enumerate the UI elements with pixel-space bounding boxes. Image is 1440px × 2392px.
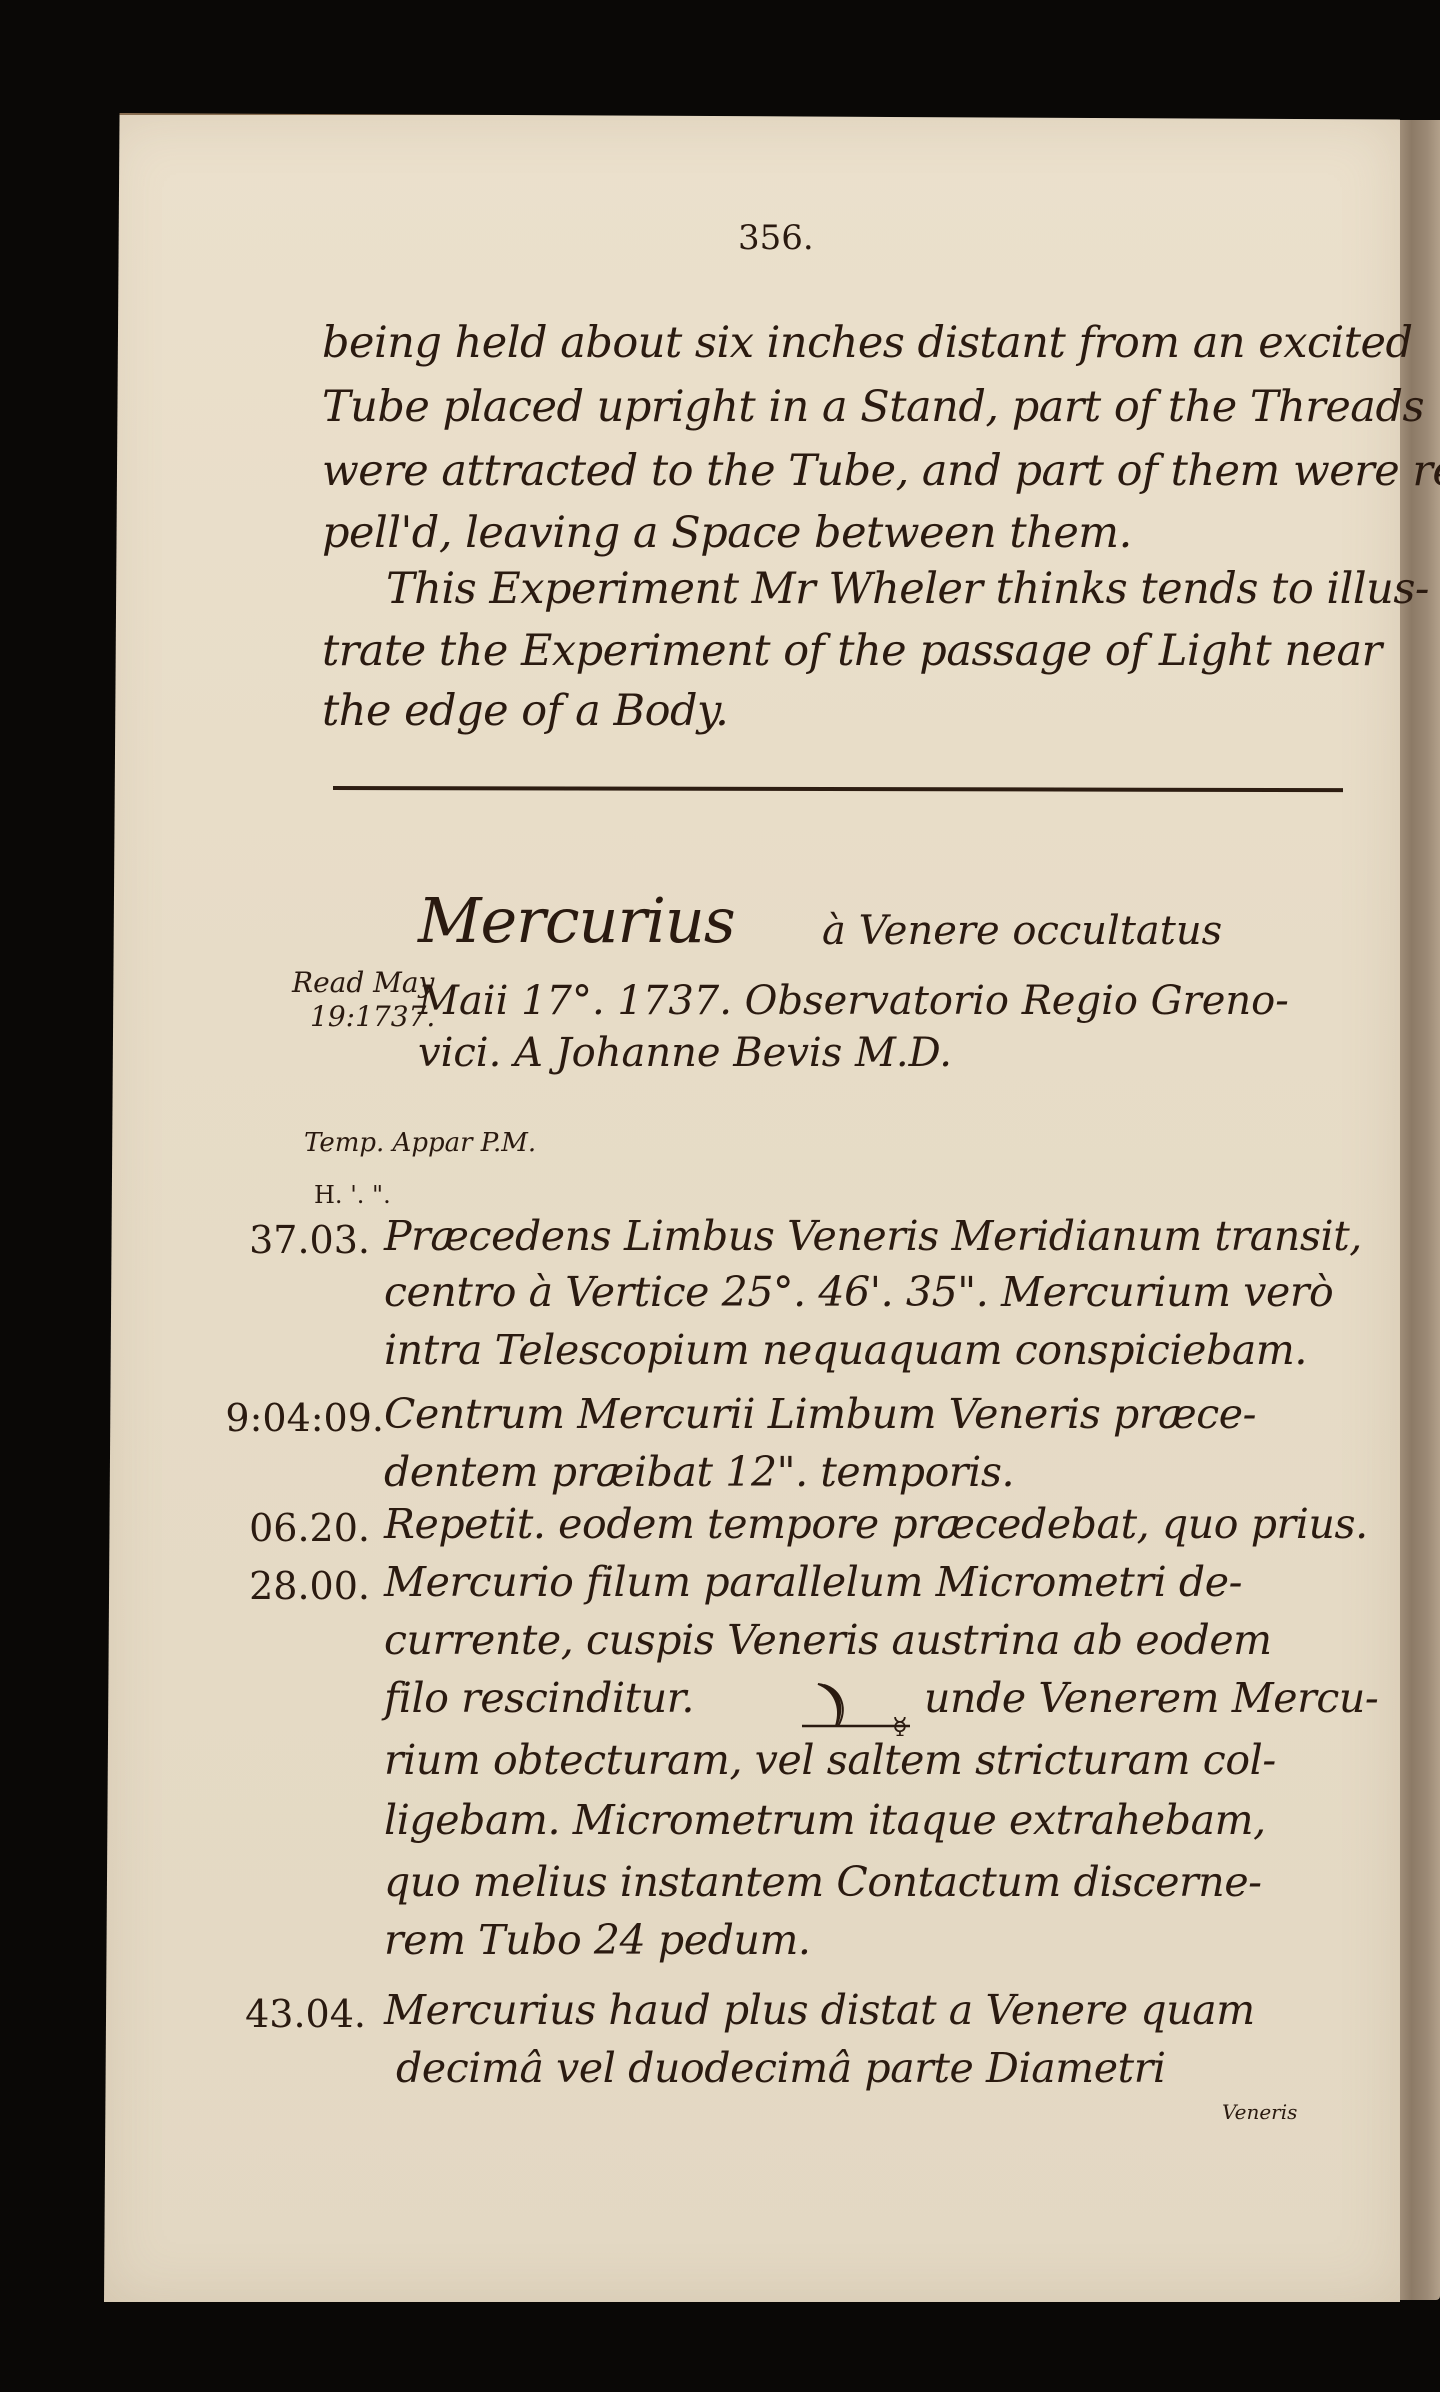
article-title-word: Mercurius xyxy=(418,884,735,957)
photograph-background: 356. being held about six inches distant… xyxy=(0,0,1440,2392)
margin-note-read-date: 19:1737. xyxy=(310,1002,435,1032)
paragraph-line: the edge of a Body. xyxy=(322,686,728,736)
entry-line: Mercurius haud plus distat a Venere quam xyxy=(384,1986,1255,2034)
entry-line: quo melius instantem Contactum discerne- xyxy=(384,1858,1262,1906)
entry-time: 43.04. xyxy=(206,1992,366,2036)
entry-time: 06.20. xyxy=(210,1506,370,1550)
paragraph-line: being held about six inches distant from… xyxy=(322,318,1413,368)
article-title-line: vici. A Johanne Bevis M.D. xyxy=(418,1030,952,1076)
entry-time: 37.03. xyxy=(210,1218,370,1262)
manuscript-page xyxy=(104,113,1400,2302)
margin-note-read-date: Read May xyxy=(292,968,434,998)
entry-line: rem Tubo 24 pedum. xyxy=(384,1916,811,1964)
entry-line: rium obtecturam, vel saltem stricturam c… xyxy=(384,1736,1276,1784)
entry-line: Præcedens Limbus Veneris Meridianum tran… xyxy=(384,1212,1362,1260)
article-title-line: à Venere occultatus xyxy=(822,908,1222,954)
paragraph-line: This Experiment Mr Wheler thinks tends t… xyxy=(386,564,1429,614)
entry-line: Repetit. eodem tempore præcedebat, quo p… xyxy=(384,1500,1368,1548)
paragraph-line: were attracted to the Tube, and part of … xyxy=(322,446,1440,496)
entry-time: 9:04:09. xyxy=(214,1396,384,1440)
time-column-units: H. '. ". xyxy=(314,1180,391,1210)
entry-line: Centrum Mercurii Limbum Veneris præce- xyxy=(384,1390,1256,1438)
entry-line: centro à Vertice 25°. 46'. 35". Mercuriu… xyxy=(384,1268,1333,1316)
paragraph-line: trate the Experiment of the passage of L… xyxy=(322,626,1382,676)
paragraph-line: pell'd, leaving a Space between them. xyxy=(322,508,1132,558)
entry-line: ligebam. Micrometrum itaque extrahebam, xyxy=(384,1796,1266,1844)
time-column-header: Temp. Appar P.M. xyxy=(304,1128,536,1158)
entry-line: filo rescinditur. xyxy=(384,1674,694,1722)
entry-line: decimâ vel duodecimâ parte Diametri xyxy=(396,2044,1166,2092)
entry-line: unde Venerem Mercu- xyxy=(924,1674,1378,1722)
crescent-venus-mercury-diagram-icon: ☿ xyxy=(798,1676,918,1736)
catchword: Veneris xyxy=(1222,2100,1297,2124)
entry-time: 28.00. xyxy=(210,1564,370,1608)
entry-line: currente, cuspis Veneris austrina ab eod… xyxy=(384,1616,1272,1664)
mercury-glyph: ☿ xyxy=(892,1713,908,1736)
entry-line: Mercurio filum parallelum Micrometri de- xyxy=(384,1558,1242,1606)
entry-line: intra Telescopium nequaquam conspiciebam… xyxy=(384,1326,1307,1374)
page-number: 356. xyxy=(738,218,814,258)
entry-line: dentem præibat 12". temporis. xyxy=(384,1448,1014,1496)
article-title-line: Maii 17°. 1737. Observatorio Regio Greno… xyxy=(418,978,1289,1024)
paragraph-line: Tube placed upright in a Stand, part of … xyxy=(322,382,1424,432)
